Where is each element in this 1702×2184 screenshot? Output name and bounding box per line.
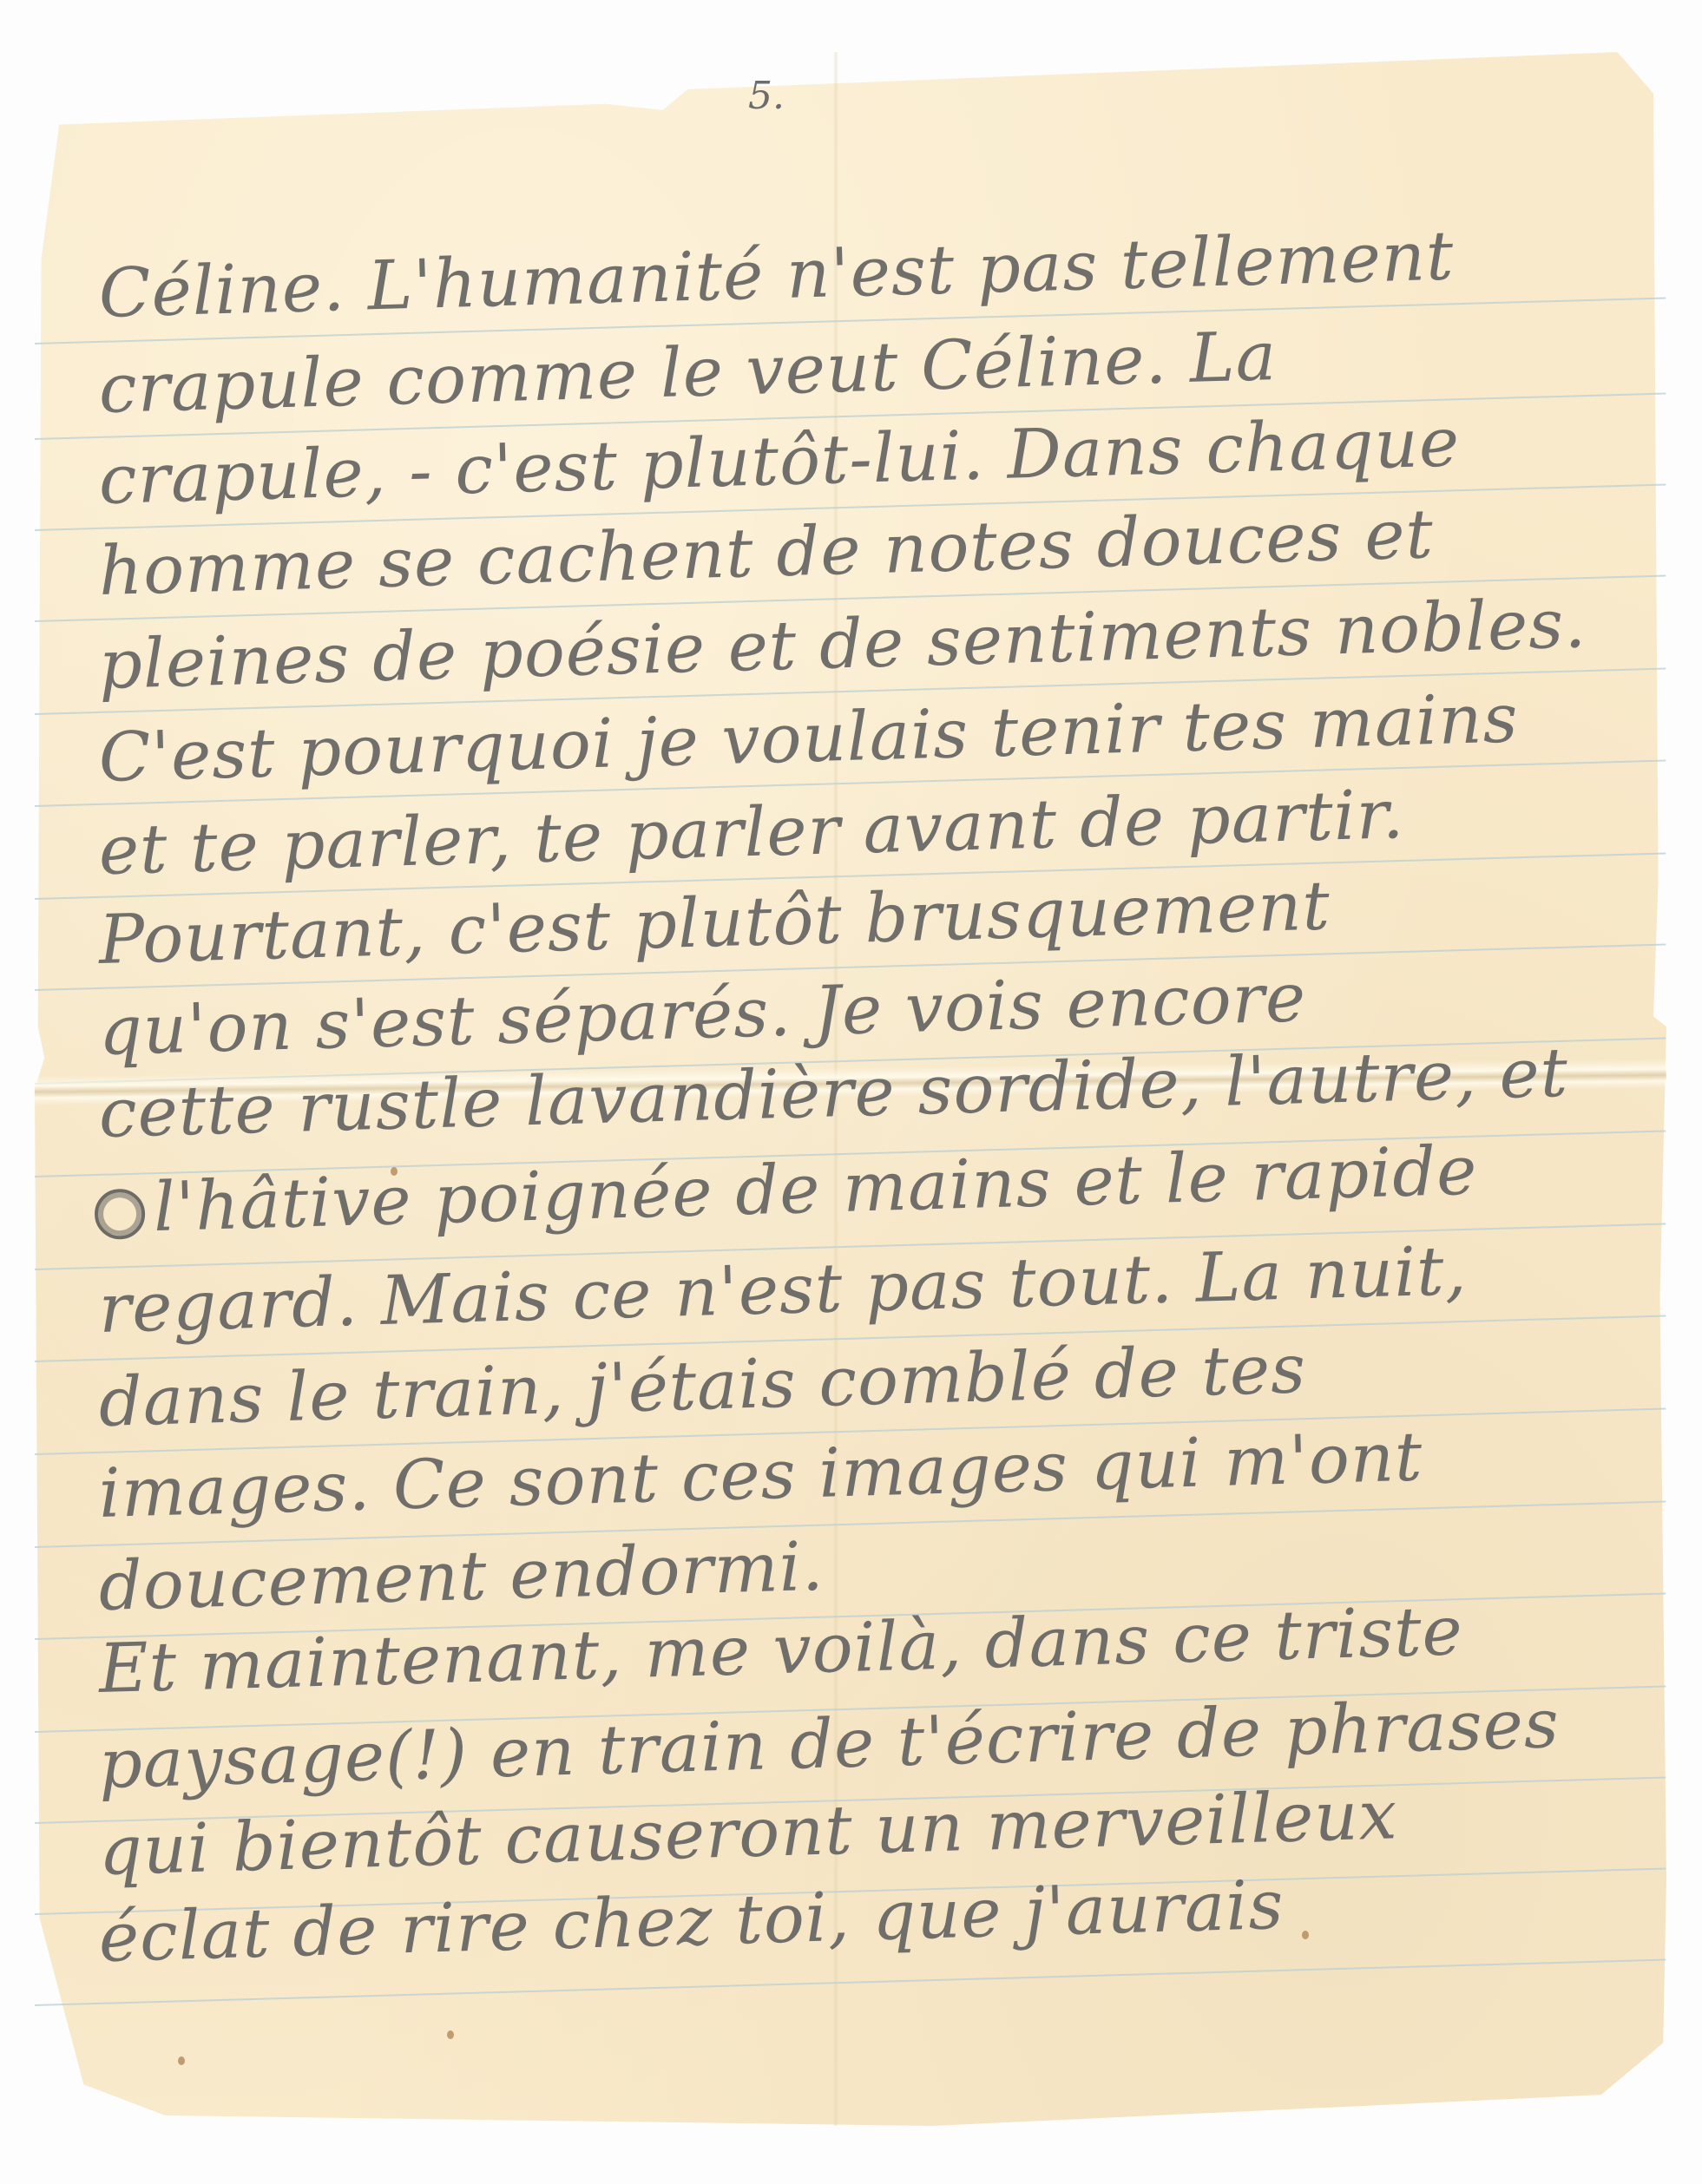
foxing-spot <box>391 1167 398 1176</box>
foxing-spot <box>178 2056 185 2065</box>
page-number: 5. <box>748 74 785 118</box>
scribbled-out-mark <box>94 1188 146 1240</box>
foxing-spot <box>1302 1931 1309 1939</box>
foxing-spot <box>447 2030 454 2039</box>
text-line: doucement endormi. <box>98 1533 825 1621</box>
